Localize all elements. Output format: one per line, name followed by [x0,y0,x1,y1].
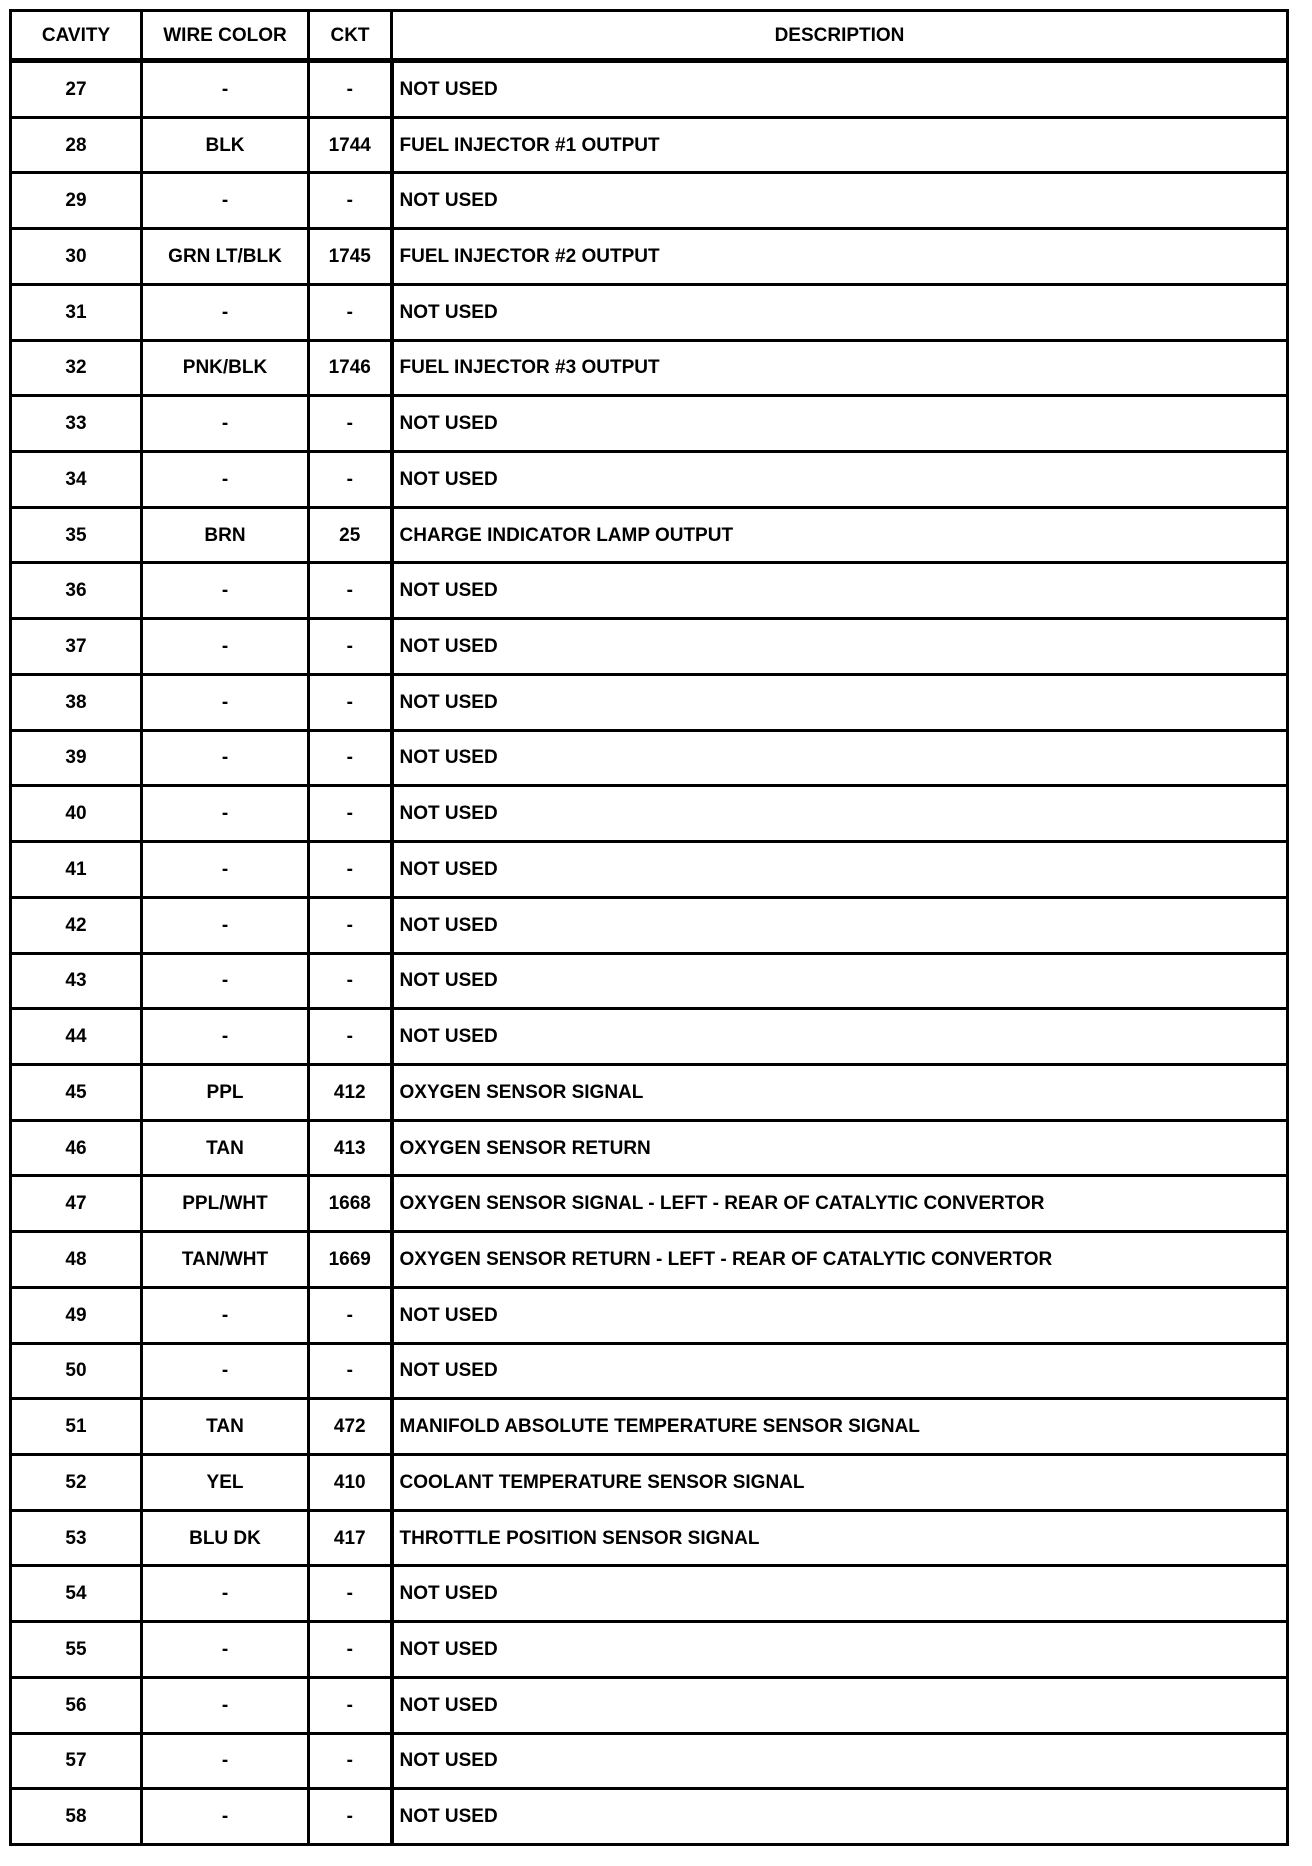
cell-description: NOT USED [392,842,1288,898]
cell-ckt: - [309,1009,392,1065]
cell-wire-color: TAN/WHT [142,1232,309,1288]
cell-cavity: 46 [11,1120,142,1176]
cell-description: NOT USED [392,1343,1288,1399]
cell-wire-color: - [142,953,309,1009]
table-row: 57--NOT USED [11,1733,1288,1789]
cell-description: NOT USED [392,1566,1288,1622]
cell-description: COOLANT TEMPERATURE SENSOR SIGNAL [392,1454,1288,1510]
table-row: 42--NOT USED [11,897,1288,953]
table-row: 28BLK1744FUEL INJECTOR #1 OUTPUT [11,117,1288,173]
cell-description: NOT USED [392,563,1288,619]
cell-description: NOT USED [392,897,1288,953]
cell-cavity: 58 [11,1789,142,1845]
cell-ckt: - [309,452,392,508]
table-row: 45PPL412OXYGEN SENSOR SIGNAL [11,1064,1288,1120]
cell-cavity: 48 [11,1232,142,1288]
cell-wire-color: - [142,674,309,730]
cell-description: NOT USED [392,61,1288,118]
cell-wire-color: - [142,61,309,118]
cell-cavity: 43 [11,953,142,1009]
cell-cavity: 42 [11,897,142,953]
cell-cavity: 37 [11,619,142,675]
cell-cavity: 57 [11,1733,142,1789]
cell-cavity: 45 [11,1064,142,1120]
cell-ckt: 413 [309,1120,392,1176]
cell-wire-color: - [142,452,309,508]
cell-cavity: 55 [11,1622,142,1678]
cell-wire-color: TAN [142,1120,309,1176]
header-cavity: CAVITY [11,11,142,61]
cell-ckt: - [309,1733,392,1789]
table-row: 40--NOT USED [11,786,1288,842]
cell-wire-color: - [142,284,309,340]
cell-description: NOT USED [392,730,1288,786]
cell-cavity: 54 [11,1566,142,1622]
cell-description: NOT USED [392,173,1288,229]
cell-wire-color: YEL [142,1454,309,1510]
table-row: 47PPL/WHT1668OXYGEN SENSOR SIGNAL - LEFT… [11,1176,1288,1232]
table-row: 56--NOT USED [11,1677,1288,1733]
table-row: 55--NOT USED [11,1622,1288,1678]
cell-description: NOT USED [392,786,1288,842]
cell-wire-color: - [142,730,309,786]
cell-description: THROTTLE POSITION SENSOR SIGNAL [392,1510,1288,1566]
cell-description: NOT USED [392,674,1288,730]
cell-ckt: - [309,173,392,229]
table-row: 37--NOT USED [11,619,1288,675]
cell-description: NOT USED [392,1789,1288,1845]
connector-pinout-table: CAVITY WIRE COLOR CKT DESCRIPTION 27--NO… [9,9,1289,1846]
cell-ckt: - [309,619,392,675]
table-row: 41--NOT USED [11,842,1288,898]
cell-description: CHARGE INDICATOR LAMP OUTPUT [392,507,1288,563]
cell-wire-color: BLU DK [142,1510,309,1566]
table-row: 32PNK/BLK1746FUEL INJECTOR #3 OUTPUT [11,340,1288,396]
cell-wire-color: - [142,1009,309,1065]
cell-ckt: 417 [309,1510,392,1566]
cell-cavity: 30 [11,229,142,285]
cell-wire-color: - [142,1622,309,1678]
cell-wire-color: - [142,842,309,898]
cell-ckt: 1669 [309,1232,392,1288]
cell-ckt: - [309,730,392,786]
cell-wire-color: - [142,1677,309,1733]
cell-wire-color: BRN [142,507,309,563]
cell-ckt: 1745 [309,229,392,285]
cell-cavity: 35 [11,507,142,563]
cell-wire-color: - [142,1566,309,1622]
cell-wire-color: - [142,1733,309,1789]
cell-description: OXYGEN SENSOR RETURN [392,1120,1288,1176]
table-header-row: CAVITY WIRE COLOR CKT DESCRIPTION [11,11,1288,61]
cell-description: OXYGEN SENSOR SIGNAL [392,1064,1288,1120]
cell-ckt: - [309,1566,392,1622]
cell-wire-color: - [142,173,309,229]
table-row: 52YEL410COOLANT TEMPERATURE SENSOR SIGNA… [11,1454,1288,1510]
cell-ckt: - [309,1622,392,1678]
table-row: 54--NOT USED [11,1566,1288,1622]
cell-ckt: - [309,786,392,842]
cell-description: NOT USED [392,1287,1288,1343]
cell-wire-color: - [142,619,309,675]
cell-description: NOT USED [392,1622,1288,1678]
cell-wire-color: - [142,1343,309,1399]
cell-ckt: - [309,284,392,340]
cell-ckt: - [309,1343,392,1399]
cell-ckt: 412 [309,1064,392,1120]
table-row: 49--NOT USED [11,1287,1288,1343]
cell-cavity: 44 [11,1009,142,1065]
header-wire-color: WIRE COLOR [142,11,309,61]
cell-cavity: 56 [11,1677,142,1733]
cell-cavity: 39 [11,730,142,786]
cell-wire-color: GRN LT/BLK [142,229,309,285]
cell-wire-color: - [142,1287,309,1343]
cell-wire-color: BLK [142,117,309,173]
table-row: 30GRN LT/BLK1745FUEL INJECTOR #2 OUTPUT [11,229,1288,285]
table-row: 36--NOT USED [11,563,1288,619]
cell-ckt: - [309,563,392,619]
cell-description: FUEL INJECTOR #2 OUTPUT [392,229,1288,285]
cell-ckt: - [309,842,392,898]
cell-wire-color: PPL/WHT [142,1176,309,1232]
table-row: 33--NOT USED [11,396,1288,452]
cell-description: OXYGEN SENSOR RETURN - LEFT - REAR OF CA… [392,1232,1288,1288]
cell-description: FUEL INJECTOR #3 OUTPUT [392,340,1288,396]
cell-cavity: 32 [11,340,142,396]
cell-description: NOT USED [392,619,1288,675]
table-row: 44--NOT USED [11,1009,1288,1065]
table-row: 48TAN/WHT1669OXYGEN SENSOR RETURN - LEFT… [11,1232,1288,1288]
cell-cavity: 50 [11,1343,142,1399]
cell-cavity: 51 [11,1399,142,1455]
cell-wire-color: TAN [142,1399,309,1455]
cell-wire-color: - [142,1789,309,1845]
cell-wire-color: - [142,897,309,953]
cell-ckt: - [309,897,392,953]
table-row: 29--NOT USED [11,173,1288,229]
cell-ckt: - [309,953,392,1009]
cell-wire-color: - [142,786,309,842]
cell-cavity: 31 [11,284,142,340]
table-row: 58--NOT USED [11,1789,1288,1845]
table-body: 27--NOT USED28BLK1744FUEL INJECTOR #1 OU… [11,61,1288,1845]
cell-cavity: 36 [11,563,142,619]
cell-cavity: 41 [11,842,142,898]
cell-ckt: 25 [309,507,392,563]
cell-ckt: - [309,1789,392,1845]
cell-description: NOT USED [392,1677,1288,1733]
cell-wire-color: PPL [142,1064,309,1120]
cell-cavity: 34 [11,452,142,508]
cell-ckt: 410 [309,1454,392,1510]
cell-ckt: - [309,674,392,730]
table-row: 43--NOT USED [11,953,1288,1009]
table-row: 34--NOT USED [11,452,1288,508]
table-row: 38--NOT USED [11,674,1288,730]
table-row: 39--NOT USED [11,730,1288,786]
cell-cavity: 47 [11,1176,142,1232]
cell-cavity: 28 [11,117,142,173]
table-row: 35BRN25CHARGE INDICATOR LAMP OUTPUT [11,507,1288,563]
header-description: DESCRIPTION [392,11,1288,61]
cell-description: NOT USED [392,452,1288,508]
cell-wire-color: - [142,563,309,619]
table-row: 27--NOT USED [11,61,1288,118]
cell-cavity: 53 [11,1510,142,1566]
cell-ckt: - [309,396,392,452]
cell-description: NOT USED [392,1733,1288,1789]
cell-ckt: - [309,1677,392,1733]
cell-description: NOT USED [392,1009,1288,1065]
cell-description: MANIFOLD ABSOLUTE TEMPERATURE SENSOR SIG… [392,1399,1288,1455]
cell-ckt: 472 [309,1399,392,1455]
cell-cavity: 33 [11,396,142,452]
cell-ckt: - [309,61,392,118]
cell-cavity: 40 [11,786,142,842]
cell-wire-color: PNK/BLK [142,340,309,396]
cell-cavity: 27 [11,61,142,118]
cell-ckt: 1744 [309,117,392,173]
cell-cavity: 52 [11,1454,142,1510]
cell-description: NOT USED [392,284,1288,340]
table-row: 31--NOT USED [11,284,1288,340]
cell-description: FUEL INJECTOR #1 OUTPUT [392,117,1288,173]
cell-ckt: 1746 [309,340,392,396]
cell-cavity: 29 [11,173,142,229]
cell-description: NOT USED [392,953,1288,1009]
table-row: 46TAN413OXYGEN SENSOR RETURN [11,1120,1288,1176]
cell-cavity: 38 [11,674,142,730]
cell-ckt: 1668 [309,1176,392,1232]
header-ckt: CKT [309,11,392,61]
cell-ckt: - [309,1287,392,1343]
table-row: 50--NOT USED [11,1343,1288,1399]
cell-cavity: 49 [11,1287,142,1343]
cell-description: NOT USED [392,396,1288,452]
table-row: 51TAN472MANIFOLD ABSOLUTE TEMPERATURE SE… [11,1399,1288,1455]
cell-wire-color: - [142,396,309,452]
table-row: 53BLU DK417THROTTLE POSITION SENSOR SIGN… [11,1510,1288,1566]
cell-description: OXYGEN SENSOR SIGNAL - LEFT - REAR OF CA… [392,1176,1288,1232]
